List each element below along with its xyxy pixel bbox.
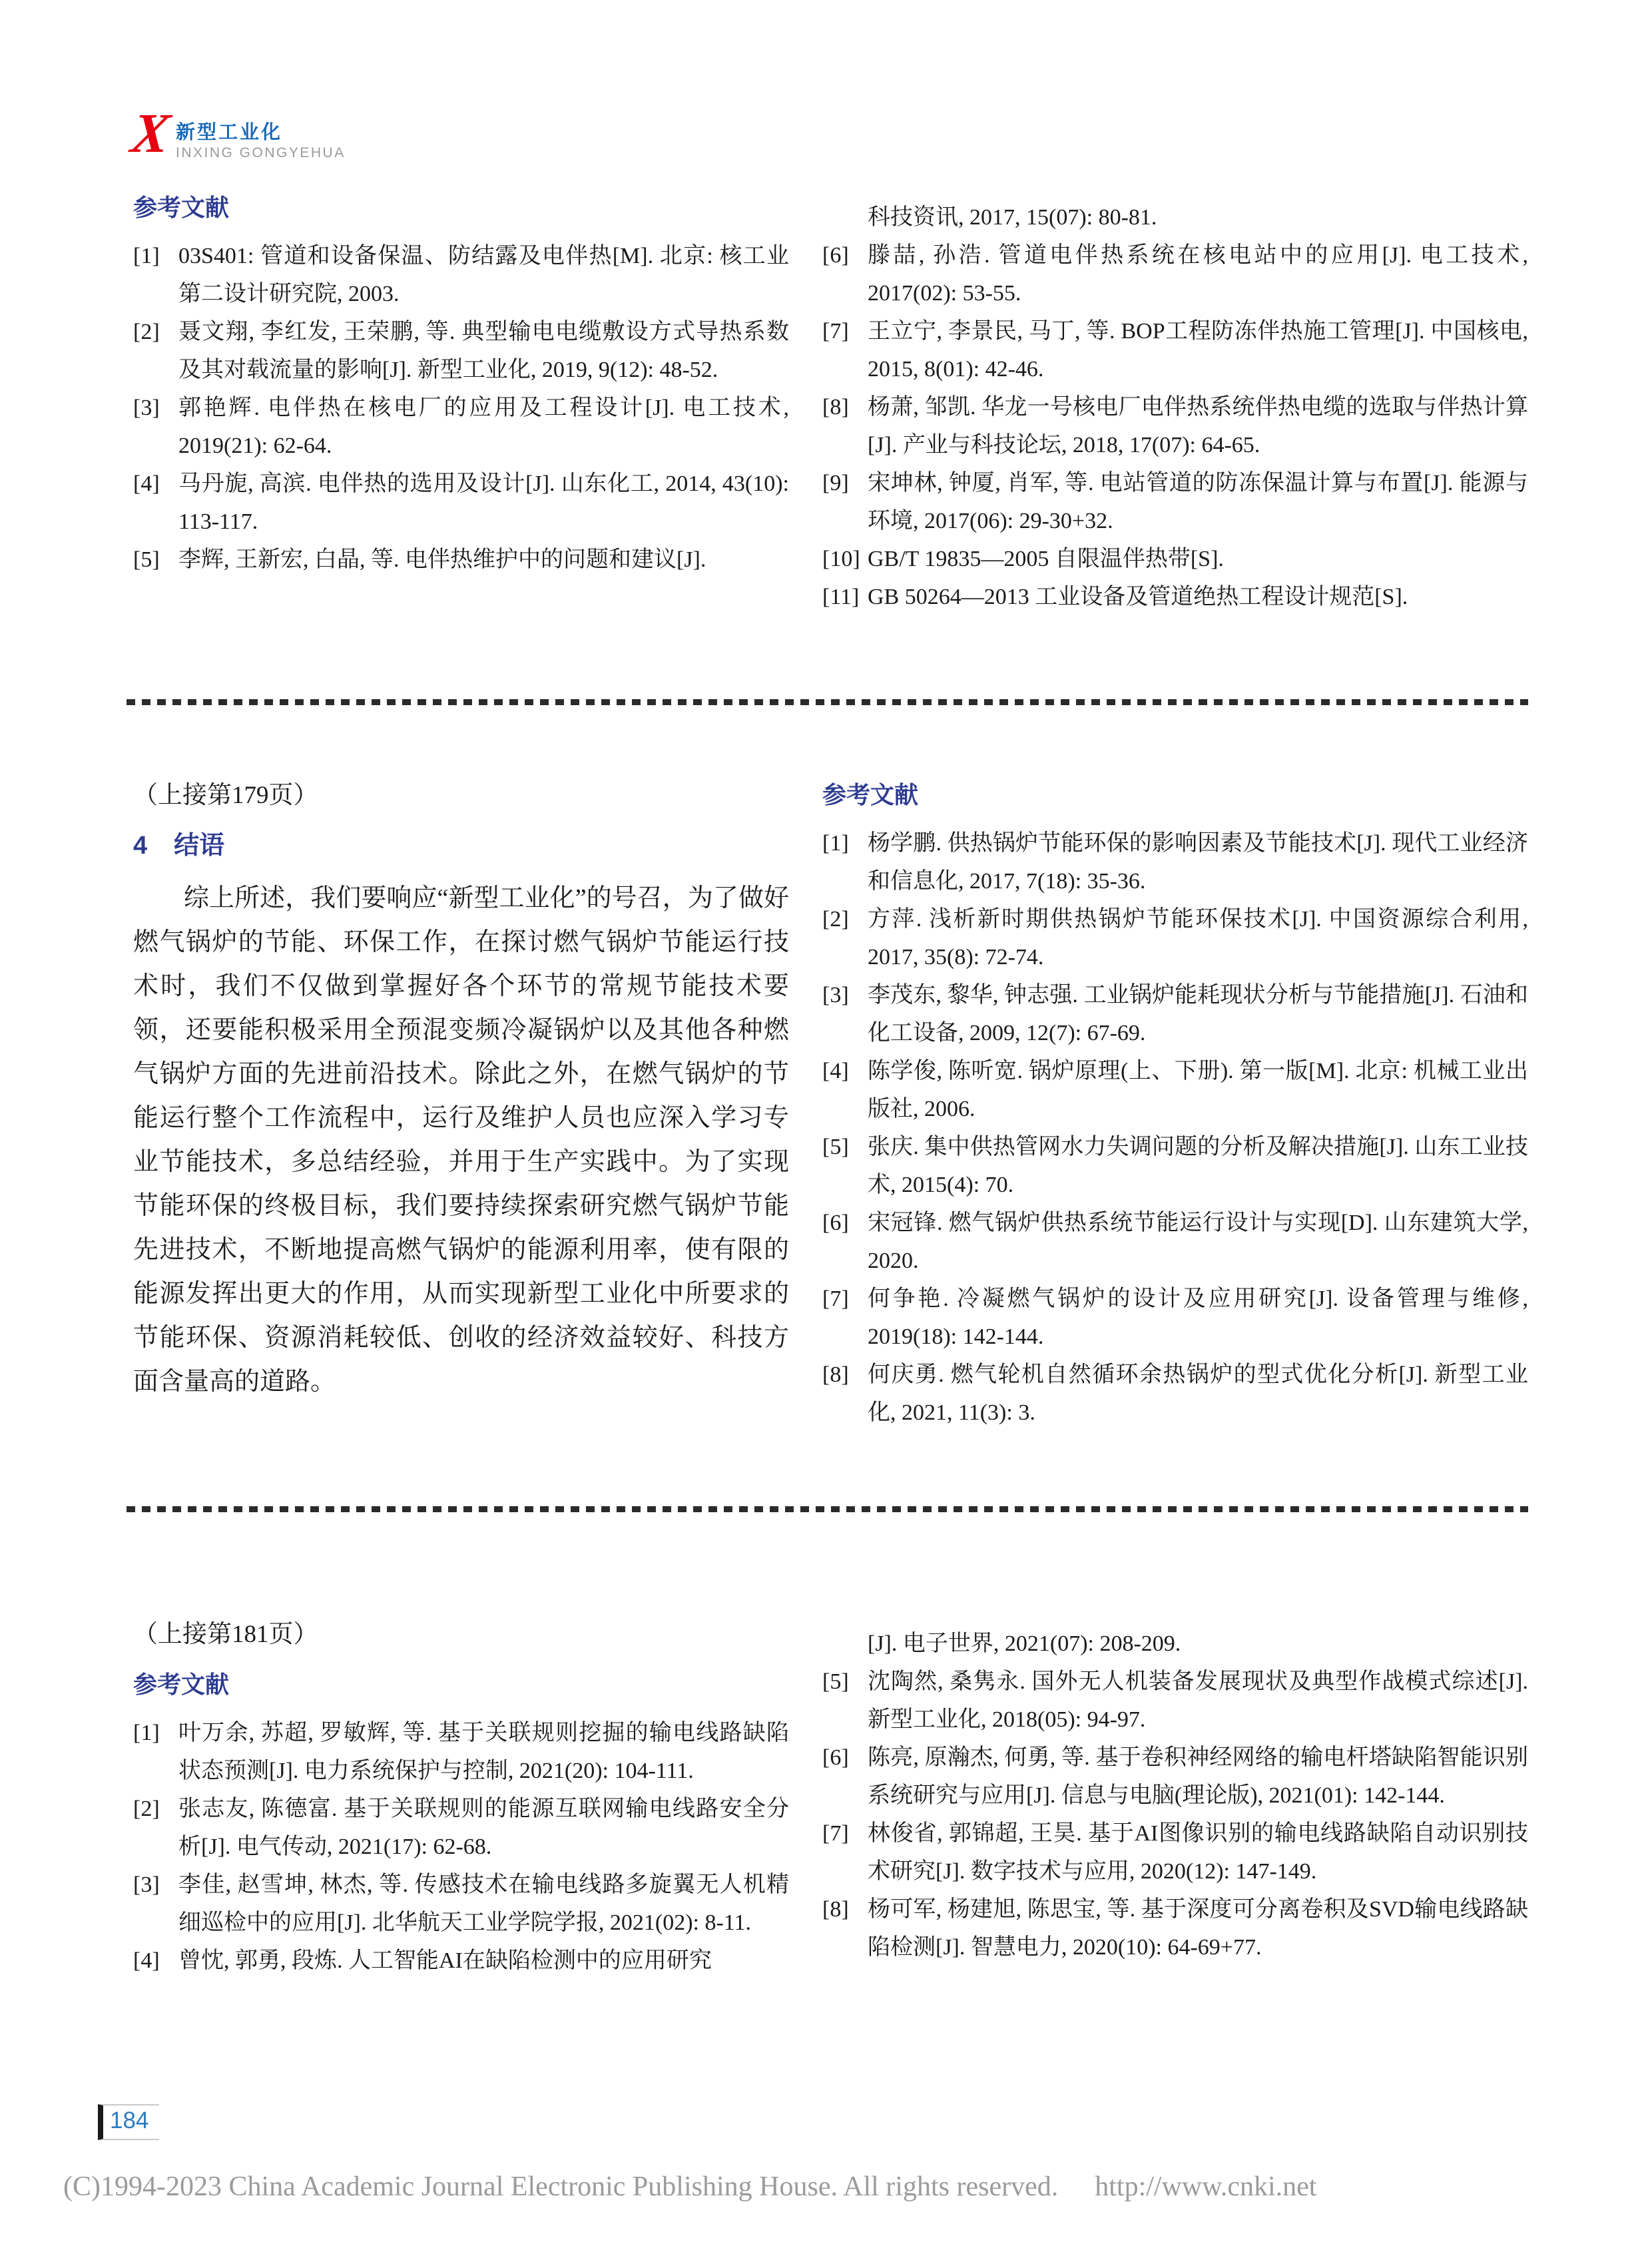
- section-conclusion: （上接第179页） 4结语 综上所述，我们要响应“新型工业化”的号召，为了做好燃…: [133, 780, 1528, 1432]
- reference-item: [3] 郭艳辉. 电伴热在核电厂的应用及工程设计[J]. 电工技术, 2019(…: [133, 389, 789, 465]
- conclusion-heading: 4结语: [133, 830, 789, 862]
- reference-item: [J]. 电子世界, 2021(07): 208-209.: [822, 1625, 1528, 1663]
- reference-number: [7]: [822, 1815, 849, 1852]
- reference-text: 聂文翔, 李红发, 王荣鹏, 等. 典型输电电缆敷设方式导热系数及其对载流量的影…: [178, 320, 789, 382]
- reference-text: 03S401: 管道和设备保温、防结露及电伴热[M]. 北京: 核工业第二设计研…: [178, 244, 789, 306]
- reference-number: [11]: [822, 578, 859, 616]
- reference-text: 何争艳. 冷凝燃气锅炉的设计及应用研究[J]. 设备管理与维修, 2019(18…: [868, 1286, 1528, 1349]
- reference-number: [3]: [133, 389, 160, 427]
- bottom-right-column: [J]. 电子世界, 2021(07): 208-209. [5] 沈陶然, 桑…: [822, 1619, 1528, 1980]
- reference-text: 林俊省, 郭锦超, 王昊. 基于AI图像识别的输电线路缺陷自动识别技术研究[J]…: [868, 1821, 1528, 1884]
- reference-number: [7]: [822, 312, 849, 350]
- page-number: 184: [98, 2104, 159, 2140]
- journal-title: 新型工业化: [176, 117, 282, 144]
- reference-number: [6]: [822, 236, 849, 274]
- dashed-divider: [127, 699, 1528, 705]
- reference-text: 杨学鹏. 供热锅炉节能环保的影响因素及节能技术[J]. 现代工业经济和信息化, …: [868, 831, 1528, 894]
- reference-list: [1] 杨学鹏. 供热锅炉节能环保的影响因素及节能技术[J]. 现代工业经济和信…: [822, 824, 1528, 1432]
- reference-text: 杨萧, 邹凯. 华龙一号核电厂电伴热系统伴热电缆的选取与伴热计算[J]. 产业与…: [868, 395, 1528, 457]
- reference-number: [7]: [822, 1280, 849, 1318]
- reference-list: [1] 03S401: 管道和设备保温、防结露及电伴热[M]. 北京: 核工业第…: [133, 237, 789, 579]
- reference-text: 方萍. 浅析新时期供热锅炉节能环保技术[J]. 中国资源综合利用, 2017, …: [868, 907, 1528, 970]
- reference-item: [11] GB 50264—2013 工业设备及管道绝热工程设计规范[S].: [822, 578, 1528, 616]
- reference-number: [6]: [822, 1739, 849, 1777]
- reference-item: [3] 李佳, 赵雪坤, 林杰, 等. 传感技术在输电线路多旋翼无人机精细巡检中…: [133, 1866, 789, 1942]
- reference-item: [10] GB/T 19835—2005 自限温伴热带[S].: [822, 540, 1528, 578]
- reference-number: [5]: [822, 1128, 849, 1166]
- reference-text: 李辉, 王新宏, 白晶, 等. 电伴热维护中的问题和建议[J].: [178, 547, 706, 572]
- reference-number: [5]: [133, 541, 160, 579]
- heading-number: 4: [133, 832, 147, 860]
- reference-number: [2]: [133, 313, 160, 351]
- reference-item: [8] 杨萧, 邹凯. 华龙一号核电厂电伴热系统伴热电缆的选取与伴热计算[J].…: [822, 388, 1528, 464]
- reference-text: 张志友, 陈德富. 基于关联规则的能源互联网输电线路安全分析[J]. 电气传动,…: [178, 1797, 789, 1859]
- reference-list: [J]. 电子世界, 2021(07): 208-209. [5] 沈陶然, 桑…: [822, 1625, 1528, 1966]
- reference-text: 宋冠锋. 燃气锅炉供热系统节能运行设计与实现[D]. 山东建筑大学, 2020.: [868, 1211, 1528, 1273]
- reference-item: [2] 聂文翔, 李红发, 王荣鹏, 等. 典型输电电缆敷设方式导热系数及其对载…: [133, 313, 789, 389]
- reference-text: 李佳, 赵雪坤, 林杰, 等. 传感技术在输电线路多旋翼无人机精细巡检中的应用[…: [178, 1872, 789, 1935]
- reference-text: 郭艳辉. 电伴热在核电厂的应用及工程设计[J]. 电工技术, 2019(21):…: [178, 396, 789, 458]
- reference-item: [4] 马丹旎, 高滨. 电伴热的选用及设计[J]. 山东化工, 2014, 4…: [133, 465, 789, 541]
- section-top-references: 参考文献 [1] 03S401: 管道和设备保温、防结露及电伴热[M]. 北京:…: [133, 193, 1528, 616]
- reference-number: [1]: [822, 824, 849, 862]
- reference-item: [4] 曾忱, 郭勇, 段炼. 人工智能AI在缺陷检测中的应用研究: [133, 1942, 789, 1980]
- reference-number: [3]: [822, 976, 849, 1014]
- reference-item: [1] 杨学鹏. 供热锅炉节能环保的影响因素及节能技术[J]. 现代工业经济和信…: [822, 824, 1528, 900]
- reference-number: [3]: [133, 1866, 160, 1904]
- reference-number: [8]: [822, 388, 849, 426]
- reference-text: 沈陶然, 桑隽永. 国外无人机装备发展现状及典型作战模式综述[J]. 新型工业化…: [868, 1669, 1528, 1732]
- journal-page: { "logo": { "mark": "X", "title": "新型工业化…: [0, 0, 1652, 2242]
- reference-item: [7] 王立宁, 李景民, 马丁, 等. BOP工程防冻伴热施工管理[J]. 中…: [822, 312, 1528, 388]
- references-header: 参考文献: [133, 193, 789, 222]
- continued-from-note: （上接第181页）: [133, 1619, 789, 1650]
- reference-item: [7] 林俊省, 郭锦超, 王昊. 基于AI图像识别的输电线路缺陷自动识别技术研…: [822, 1815, 1528, 1890]
- reference-number: [5]: [822, 1663, 849, 1701]
- reference-text: 何庆勇. 燃气轮机自然循环余热锅炉的型式优化分析[J]. 新型工业化, 2021…: [868, 1362, 1528, 1425]
- heading-title: 结语: [174, 832, 224, 860]
- reference-item: [9] 宋坤林, 钟厦, 肖军, 等. 电站管道的防冻保温计算与布置[J]. 能…: [822, 464, 1528, 540]
- reference-list: [1] 叶万余, 苏超, 罗敏辉, 等. 基于关联规则挖掘的输电线路缺陷状态预测…: [133, 1714, 789, 1980]
- reference-text: 滕喆, 孙浩. 管道电伴热系统在核电站中的应用[J]. 电工技术, 2017(0…: [868, 243, 1528, 306]
- reference-item: [7] 何争艳. 冷凝燃气锅炉的设计及应用研究[J]. 设备管理与维修, 201…: [822, 1280, 1528, 1356]
- reference-item: [5] 李辉, 王新宏, 白晶, 等. 电伴热维护中的问题和建议[J].: [133, 541, 789, 579]
- conclusion-paragraph: 综上所述，我们要响应“新型工业化”的号召，为了做好燃气锅炉的节能、环保工作，在探…: [133, 876, 789, 1404]
- reference-list: 科技资讯, 2017, 15(07): 80-81. [6] 滕喆, 孙浩. 管…: [822, 198, 1528, 616]
- logo-x-icon: X: [129, 112, 172, 156]
- reference-item: [6] 陈亮, 原瀚杰, 何勇, 等. 基于卷积神经网络的输电杆塔缺陷智能识别系…: [822, 1739, 1528, 1815]
- reference-item: [5] 张庆. 集中供热管网水力失调问题的分析及解决措施[J]. 山东工业技术,…: [822, 1128, 1528, 1204]
- reference-number: [1]: [133, 1714, 160, 1752]
- conclusion-column: （上接第179页） 4结语 综上所述，我们要响应“新型工业化”的号召，为了做好燃…: [133, 780, 789, 1432]
- reference-item: [6] 宋冠锋. 燃气锅炉供热系统节能运行设计与实现[D]. 山东建筑大学, 2…: [822, 1204, 1528, 1280]
- reference-number: [8]: [822, 1890, 849, 1928]
- reference-item: [8] 杨可军, 杨建旭, 陈思宝, 等. 基于深度可分离卷积及SVD输电线路缺…: [822, 1890, 1528, 1966]
- reference-number: [9]: [822, 464, 849, 502]
- reference-text: 张庆. 集中供热管网水力失调问题的分析及解决措施[J]. 山东工业技术, 201…: [868, 1135, 1528, 1197]
- journal-title-pinyin: INXING GONGYEHUA: [176, 145, 346, 161]
- reference-item: 科技资讯, 2017, 15(07): 80-81.: [822, 198, 1528, 236]
- reference-number: [6]: [822, 1204, 849, 1242]
- journal-logo: X 新型工业化 INXING GONGYEHUA: [132, 108, 531, 188]
- continued-from-note: （上接第179页）: [133, 780, 789, 811]
- reference-item: [1] 03S401: 管道和设备保温、防结露及电伴热[M]. 北京: 核工业第…: [133, 237, 789, 313]
- reference-item: [6] 滕喆, 孙浩. 管道电伴热系统在核电站中的应用[J]. 电工技术, 20…: [822, 236, 1528, 312]
- mid-right-column: 参考文献 [1] 杨学鹏. 供热锅炉节能环保的影响因素及节能技术[J]. 现代工…: [822, 780, 1528, 1432]
- reference-number: [2]: [133, 1790, 160, 1828]
- cnki-url: http://www.cnki.net: [1095, 2171, 1316, 2202]
- reference-number: [4]: [822, 1052, 849, 1090]
- copyright-footer: (C)1994-2023 China Academic Journal Elec…: [63, 2169, 1316, 2204]
- reference-number: [2]: [822, 900, 849, 938]
- reference-number: [10]: [822, 540, 860, 578]
- dashed-divider: [127, 1506, 1528, 1512]
- reference-text: 曾忱, 郭勇, 段炼. 人工智能AI在缺陷检测中的应用研究: [178, 1948, 712, 1973]
- reference-text: 王立宁, 李景民, 马丁, 等. BOP工程防冻伴热施工管理[J]. 中国核电,…: [868, 319, 1528, 382]
- reference-text: 马丹旎, 高滨. 电伴热的选用及设计[J]. 山东化工, 2014, 43(10…: [178, 471, 789, 534]
- reference-text: [J]. 电子世界, 2021(07): 208-209.: [868, 1631, 1181, 1656]
- references-header: 参考文献: [822, 780, 1528, 810]
- reference-item: [5] 沈陶然, 桑隽永. 国外无人机装备发展现状及典型作战模式综述[J]. 新…: [822, 1663, 1528, 1739]
- reference-text: GB 50264—2013 工业设备及管道绝热工程设计规范[S].: [868, 585, 1408, 609]
- reference-item: [2] 张志友, 陈德富. 基于关联规则的能源互联网输电线路安全分析[J]. 电…: [133, 1790, 789, 1866]
- top-right-column: 科技资讯, 2017, 15(07): 80-81. [6] 滕喆, 孙浩. 管…: [822, 193, 1528, 616]
- reference-number: [1]: [133, 237, 160, 275]
- reference-text: 杨可军, 杨建旭, 陈思宝, 等. 基于深度可分离卷积及SVD输电线路缺陷检测[…: [868, 1897, 1528, 1960]
- reference-text: 叶万余, 苏超, 罗敏辉, 等. 基于关联规则挖掘的输电线路缺陷状态预测[J].…: [178, 1721, 789, 1783]
- reference-item: [2] 方萍. 浅析新时期供热锅炉节能环保技术[J]. 中国资源综合利用, 20…: [822, 900, 1528, 976]
- reference-number: [4]: [133, 465, 160, 503]
- reference-text: 陈亮, 原瀚杰, 何勇, 等. 基于卷积神经网络的输电杆塔缺陷智能识别系统研究与…: [868, 1745, 1528, 1808]
- reference-item: [1] 叶万余, 苏超, 罗敏辉, 等. 基于关联规则挖掘的输电线路缺陷状态预测…: [133, 1714, 789, 1790]
- reference-item: [8] 何庆勇. 燃气轮机自然循环余热锅炉的型式优化分析[J]. 新型工业化, …: [822, 1356, 1528, 1432]
- references-header: 参考文献: [133, 1670, 789, 1699]
- reference-text: 宋坤林, 钟厦, 肖军, 等. 电站管道的防冻保温计算与布置[J]. 能源与环境…: [868, 471, 1528, 533]
- reference-number: [4]: [133, 1942, 160, 1980]
- reference-text: 李茂东, 黎华, 钟志强. 工业锅炉能耗现状分析与节能措施[J]. 石油和化工设…: [868, 983, 1528, 1045]
- reference-text: GB/T 19835—2005 自限温伴热带[S].: [868, 547, 1224, 571]
- reference-number: [8]: [822, 1356, 849, 1394]
- bottom-left-column: （上接第181页） 参考文献 [1] 叶万余, 苏超, 罗敏辉, 等. 基于关联…: [133, 1619, 789, 1980]
- reference-text: 科技资讯, 2017, 15(07): 80-81.: [868, 205, 1157, 230]
- reference-item: [4] 陈学俊, 陈听宽. 锅炉原理(上、下册). 第一版[M]. 北京: 机械…: [822, 1052, 1528, 1128]
- section-bottom-references: （上接第181页） 参考文献 [1] 叶万余, 苏超, 罗敏辉, 等. 基于关联…: [133, 1619, 1528, 1980]
- reference-text: 陈学俊, 陈听宽. 锅炉原理(上、下册). 第一版[M]. 北京: 机械工业出版…: [868, 1059, 1528, 1121]
- reference-item: [3] 李茂东, 黎华, 钟志强. 工业锅炉能耗现状分析与节能措施[J]. 石油…: [822, 976, 1528, 1052]
- copyright-text: (C)1994-2023 China Academic Journal Elec…: [63, 2171, 1058, 2202]
- top-left-column: 参考文献 [1] 03S401: 管道和设备保温、防结露及电伴热[M]. 北京:…: [133, 193, 789, 616]
